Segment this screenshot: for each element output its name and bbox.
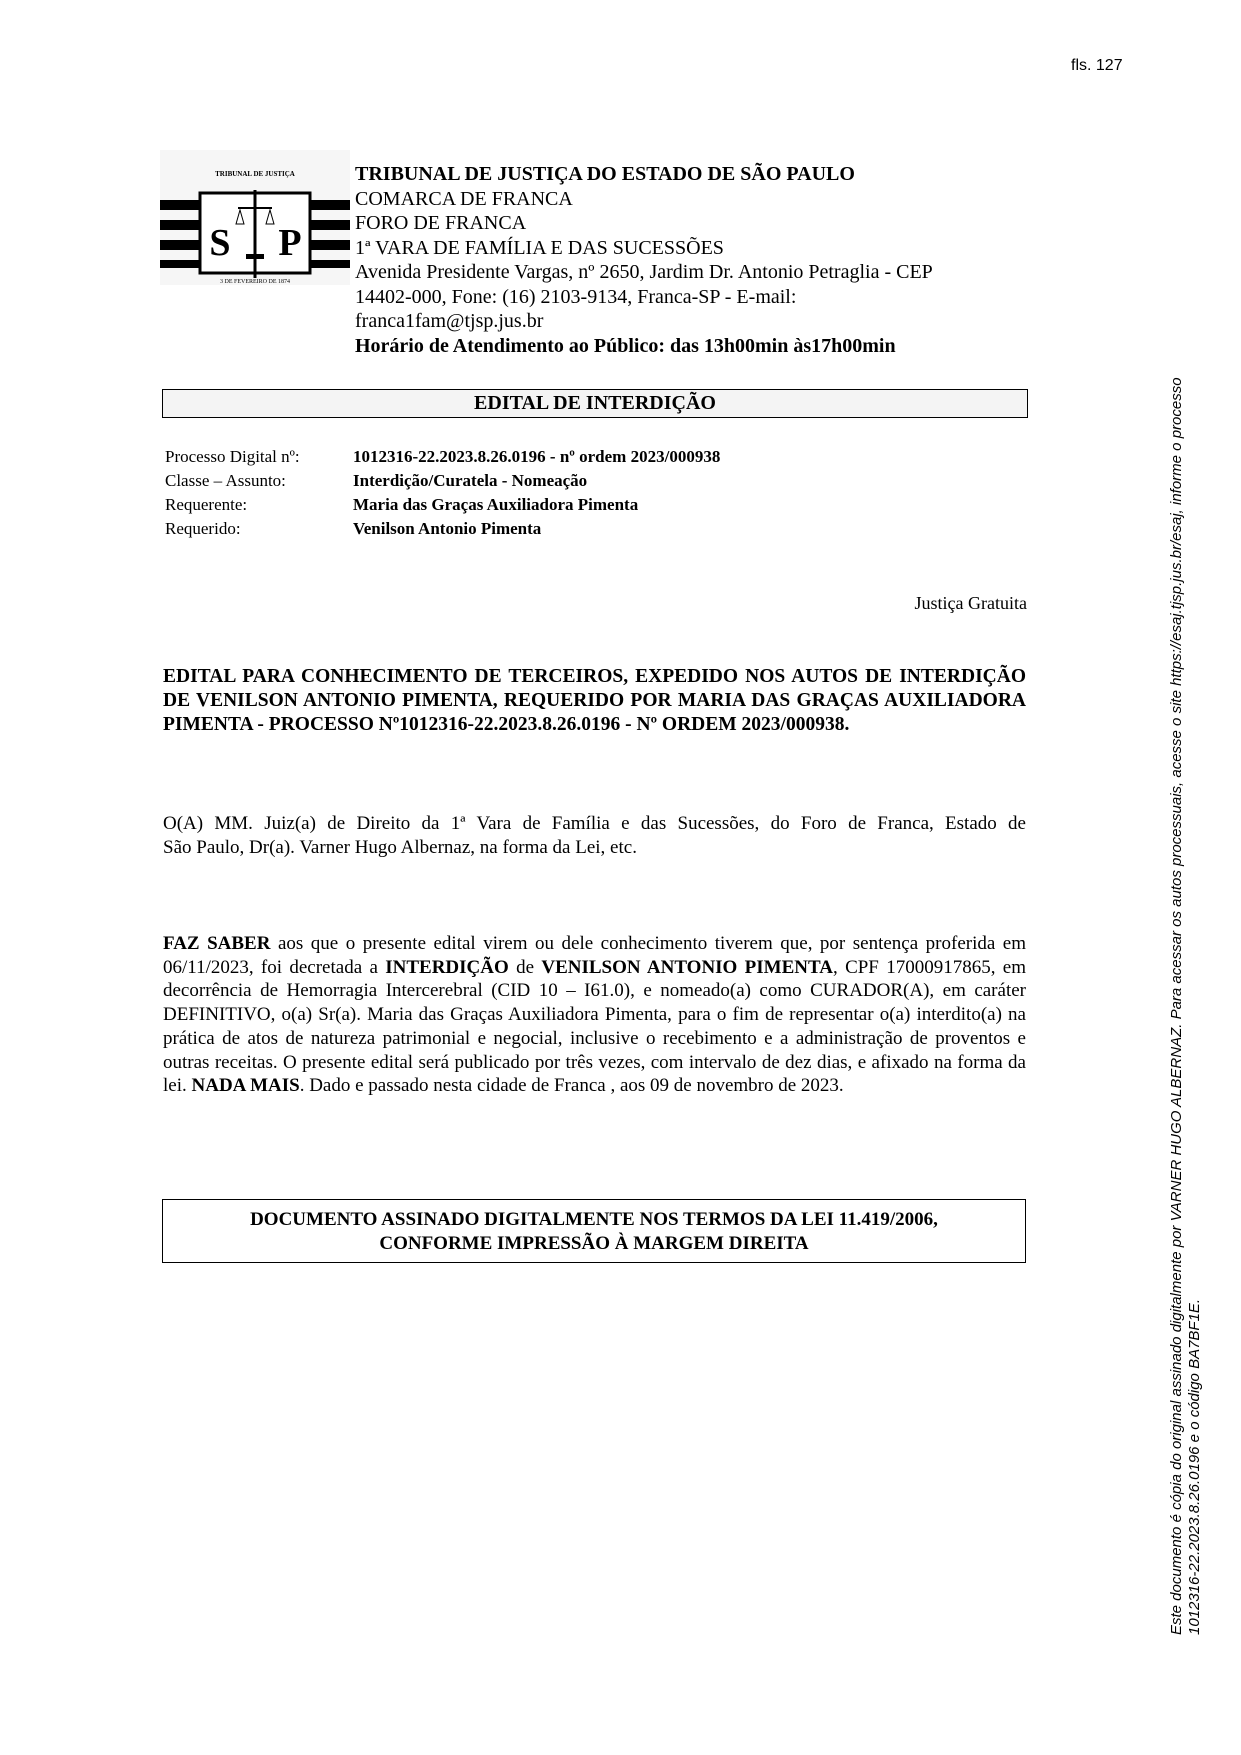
address-line-2: 14402-000, Fone: (16) 2103-9134, Franca-… (355, 285, 1035, 310)
interditado-name: VENILSON ANTONIO PIMENTA (541, 957, 833, 978)
case-fields: Processo Digital nº: 1012316-22.2023.8.2… (165, 445, 720, 541)
judge-line-2: São Paulo, Dr(a). Varner Hugo Albernaz, … (163, 836, 1026, 860)
address-line-1: Avenida Presidente Vargas, nº 2650, Jard… (355, 260, 1035, 285)
field-requerido: Requerido: Venilson Antonio Pimenta (165, 517, 720, 541)
field-classe: Classe – Assunto: Interdição/Curatela - … (165, 469, 720, 493)
svg-text:S: S (209, 222, 230, 264)
body-text: de (509, 957, 542, 978)
svg-text:P: P (278, 222, 301, 264)
svg-text:3 DE FEVEREIRO DE 1874: 3 DE FEVEREIRO DE 1874 (220, 279, 290, 285)
tjsp-coat-of-arms-icon: TRIBUNAL DE JUSTIÇA S P 3 DE FEVEREIRO D… (160, 150, 350, 285)
vara: 1ª VARA DE FAMÍLIA E DAS SUCESSÕES (355, 236, 1035, 261)
field-processo: Processo Digital nº: 1012316-22.2023.8.2… (165, 445, 720, 469)
page-number: fls. 127 (1071, 57, 1123, 75)
edital-heading: EDITAL PARA CONHECIMENTO DE TERCEIROS, E… (163, 665, 1026, 737)
field-label: Requerido: (165, 517, 353, 541)
field-label: Requerente: (165, 493, 353, 517)
email: franca1fam@tjsp.jus.br (355, 309, 1035, 334)
field-label: Processo Digital nº: (165, 445, 353, 469)
field-value: Interdição/Curatela - Nomeação (353, 469, 587, 493)
faz-saber-paragraph: FAZ SABER aos que o presente edital vire… (163, 932, 1026, 1098)
judge-paragraph: O(A) MM. Juiz(a) de Direito da 1ª Vara d… (163, 812, 1026, 859)
margin-note-line-1: Este documento é cópia do original assin… (1168, 377, 1185, 1635)
signature-line-1: DOCUMENTO ASSINADO DIGITALMENTE NOS TERM… (163, 1208, 1025, 1232)
field-value: Venilson Antonio Pimenta (353, 517, 541, 541)
judge-line-1: O(A) MM. Juiz(a) de Direito da 1ª Vara d… (163, 812, 1026, 836)
signature-line-2: CONFORME IMPRESSÃO À MARGEM DIREITA (163, 1232, 1025, 1256)
margin-note-line-2: 1012316-22.2023.8.26.0196 e o código BA7… (1186, 1299, 1203, 1635)
field-value: 1012316-22.2023.8.26.0196 - nº ordem 202… (353, 445, 720, 469)
document-title: EDITAL DE INTERDIÇÃO (162, 389, 1028, 418)
comarca: COMARCA DE FRANCA (355, 187, 1035, 212)
justica-gratuita-label: Justiça Gratuita (915, 593, 1027, 614)
interdicao-bold: INTERDIÇÃO (385, 957, 509, 978)
field-label: Classe – Assunto: (165, 469, 353, 493)
field-value: Maria das Graças Auxiliadora Pimenta (353, 493, 638, 517)
court-name: TRIBUNAL DE JUSTIÇA DO ESTADO DE SÃO PAU… (355, 162, 1035, 187)
field-requerente: Requerente: Maria das Graças Auxiliadora… (165, 493, 720, 517)
faz-saber-lead: FAZ SABER (163, 933, 270, 954)
body-text: . Dado e passado nesta cidade de Franca … (300, 1075, 844, 1096)
court-header: TRIBUNAL DE JUSTIÇA DO ESTADO DE SÃO PAU… (355, 162, 1035, 358)
office-hours: Horário de Atendimento ao Público: das 1… (355, 334, 1035, 359)
digital-signature-notice: DOCUMENTO ASSINADO DIGITALMENTE NOS TERM… (162, 1199, 1026, 1263)
nada-mais-bold: NADA MAIS (192, 1075, 300, 1096)
tjsp-logo: TRIBUNAL DE JUSTIÇA S P 3 DE FEVEREIRO D… (160, 150, 350, 285)
svg-text:TRIBUNAL DE JUSTIÇA: TRIBUNAL DE JUSTIÇA (215, 170, 295, 178)
foro: FORO DE FRANCA (355, 211, 1035, 236)
